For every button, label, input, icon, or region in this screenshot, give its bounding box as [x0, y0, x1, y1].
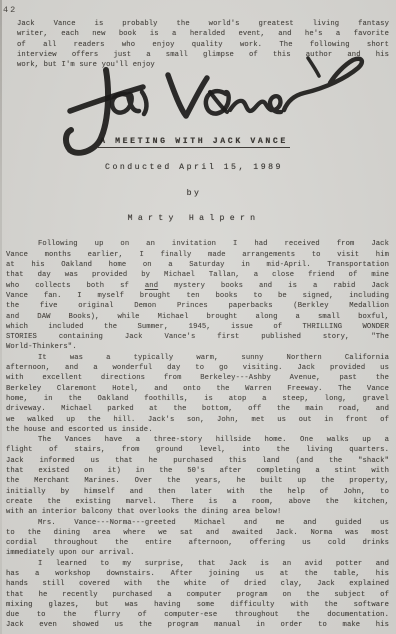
- body-paragraph: Mrs. Vance---Norma---greeted Michael and…: [6, 518, 389, 559]
- text-line: Jack Vance is probably the world's great…: [17, 19, 389, 29]
- text-line: has a workshop downstairs. After joining…: [6, 569, 389, 579]
- scan-edge-line: [0, 0, 2, 634]
- text-line: initially by himself and then later with…: [6, 487, 389, 497]
- text-line: create the existing marvel. There is a r…: [6, 497, 389, 507]
- title-block: A MEETING WITH JACK VANCE Conducted Apri…: [0, 135, 396, 225]
- text-line: hands still covered with the white of dr…: [6, 579, 389, 589]
- text-line: the house and escorted us inside.: [6, 425, 389, 435]
- text-line: the Merchant Marines. Over the years, he…: [6, 476, 389, 486]
- text-line: The Vances have a three-story hillside h…: [6, 435, 389, 445]
- text-line: due to the flurry of computer-ese throug…: [6, 610, 389, 620]
- text-line: driveway. Michael parked at the bottom, …: [6, 404, 389, 414]
- text-line: It was a typically warm, sunny Northern …: [6, 353, 389, 363]
- body-paragraph: It was a typically warm, sunny Northern …: [6, 353, 389, 435]
- text-line: Following up on an invitation I had rece…: [6, 239, 389, 249]
- page-number: 42: [3, 5, 17, 15]
- text-line: flight of stairs, from ground level, int…: [6, 445, 389, 455]
- text-line: to the dining area where we sat and awai…: [6, 528, 389, 538]
- text-line: Jack even showed us the program manual i…: [6, 620, 389, 630]
- text-line: I learned to my surprise, that Jack is a…: [6, 559, 389, 569]
- intro-paragraph: Jack Vance is probably the world's great…: [17, 19, 389, 70]
- text-line: immediately upon our arrival.: [6, 548, 389, 558]
- text-line: with an interior balcony that overlooks …: [6, 507, 389, 517]
- article-body: Following up on an invitation I had rece…: [6, 239, 389, 630]
- text-line: Vance fan. I myself brought ten books to…: [6, 291, 389, 301]
- text-line: STORIES containing Jack Vance's first pu…: [6, 332, 389, 342]
- text-line: of all readers who enjoy quality work. T…: [17, 40, 389, 50]
- text-line: Jack informed us that he purchased this …: [6, 456, 389, 466]
- text-line: interview offers just a small glimpse of…: [17, 50, 389, 60]
- article-title: A MEETING WITH JACK VANCE: [0, 135, 388, 148]
- text-line: the five original Demon Princes paperbac…: [6, 301, 389, 311]
- text-line: cordial throughout the entire afternoon,…: [6, 538, 389, 548]
- text-line: that existed on it) in the 50's after co…: [6, 466, 389, 476]
- text-line: Vance months earlier, I finally made arr…: [6, 250, 389, 260]
- author-name: Marty Halpern: [0, 212, 388, 225]
- text-line: Mrs. Vance---Norma---greeted Michael and…: [6, 518, 389, 528]
- text-line: which included the Summer, 1945, issue o…: [6, 322, 389, 332]
- text-line: mixing glazes, but was having some diffi…: [6, 600, 389, 610]
- text-line: afternoon, and a wonderful day to go vis…: [6, 363, 389, 373]
- article-subtitle: Conducted April 15, 1989: [0, 161, 388, 174]
- text-line: writer, each new book is a heralded even…: [17, 29, 389, 39]
- text-line: that day was provided by Michael Tallan,…: [6, 270, 389, 280]
- text-line: who collects both sf and mystery books a…: [6, 281, 389, 291]
- text-line: at his Oakland home on a Saturday in mid…: [6, 260, 389, 270]
- text-line: with excellent directions from Berkeley-…: [6, 373, 389, 383]
- byline-prefix: by: [0, 187, 388, 200]
- body-paragraph: Following up on an invitation I had rece…: [6, 239, 389, 352]
- body-paragraph: The Vances have a three-story hillside h…: [6, 435, 389, 517]
- text-line: World-Thinkers".: [6, 342, 389, 352]
- text-line: Berkeley Claremont Hotel, and onto the W…: [6, 384, 389, 394]
- text-line: we walked up the hill. Jack's son, John,…: [6, 415, 389, 425]
- body-paragraph: I learned to my surprise, that Jack is a…: [6, 559, 389, 631]
- text-line: that he recently purchased a computer pr…: [6, 590, 389, 600]
- text-line: work, but I'm sure you'll enjoy: [17, 60, 389, 70]
- text-line: and DAW Books), while Michael brought al…: [6, 312, 389, 322]
- text-line: home, in the Oakland foothills, is atop …: [6, 394, 389, 404]
